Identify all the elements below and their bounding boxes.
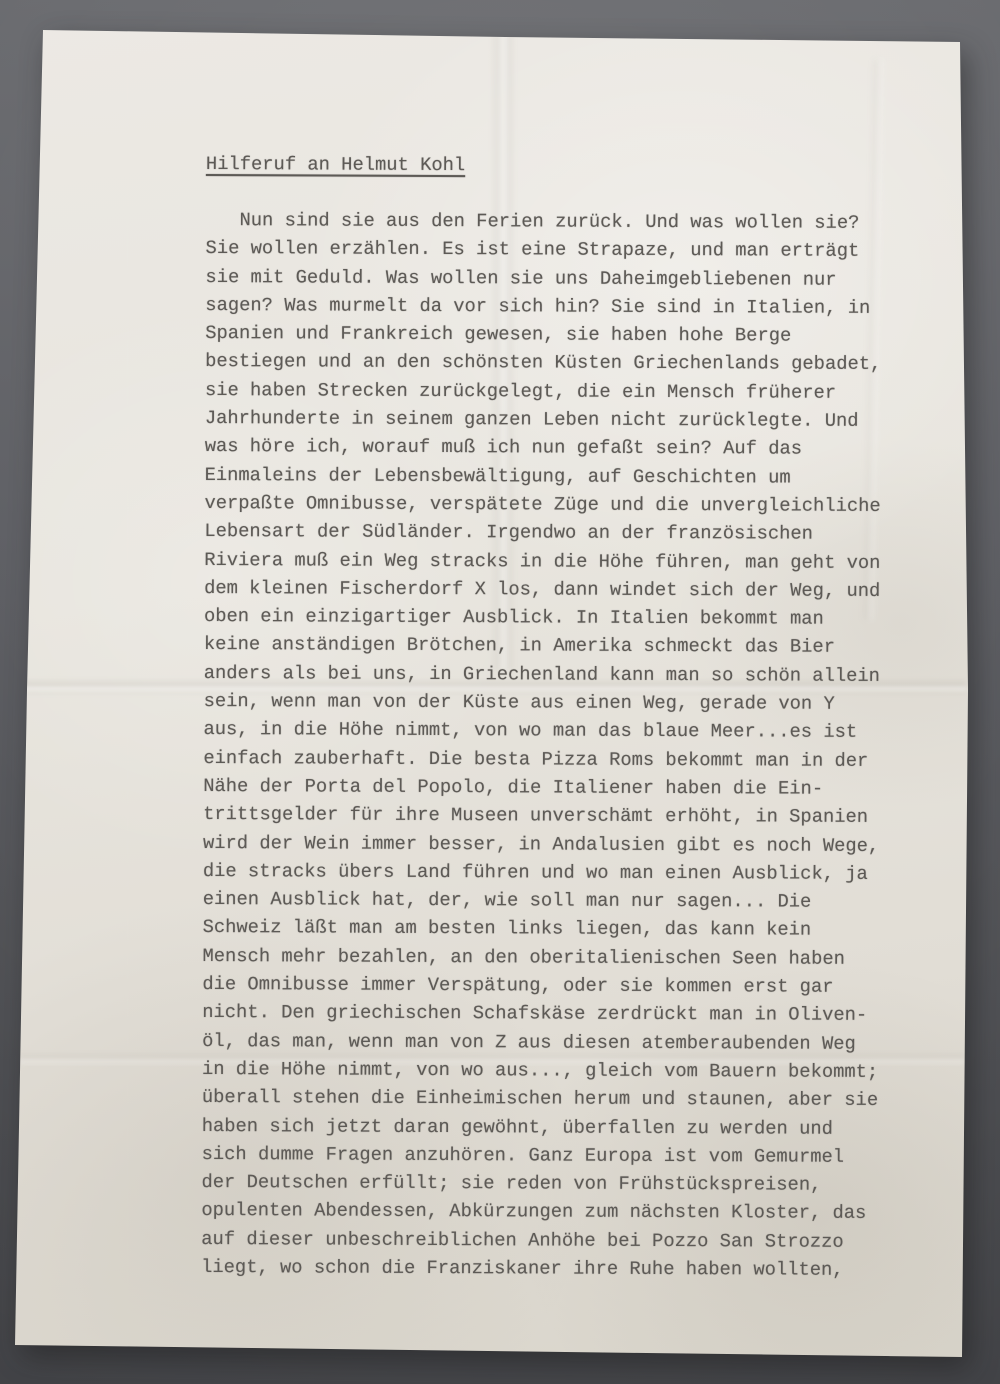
text-line: Einmaleins der Lebensbewältigung, auf Ge… bbox=[205, 461, 915, 492]
text-line: dem kleinen Fischerdorf X los, dann wind… bbox=[204, 574, 914, 605]
paper-shadow-wrap: Hilferuf an Helmut Kohl Nun sind sie aus… bbox=[0, 0, 1000, 1384]
text-line: die Omnibusse immer Verspätung, oder sie… bbox=[202, 970, 912, 1001]
text-line: überall stehen die Einheimischen herum u… bbox=[202, 1083, 912, 1114]
text-line: Mensch mehr bezahlen, an den oberitalien… bbox=[202, 942, 912, 973]
letter-content: Hilferuf an Helmut Kohl Nun sind sie aus… bbox=[201, 152, 916, 1284]
text-line: nicht. Den griechischen Schafskäse zerdr… bbox=[202, 998, 912, 1029]
text-line: sein, wenn man von der Küste aus einen W… bbox=[204, 687, 914, 718]
text-line: haben sich jetzt daran gewöhnt, überfall… bbox=[202, 1111, 912, 1142]
text-line: Spanien und Frankreich gewesen, sie habe… bbox=[205, 319, 915, 350]
text-line: Riviera muß ein Weg stracks in die Höhe … bbox=[204, 546, 914, 577]
text-line: bestiegen und an den schönsten Küsten Gr… bbox=[205, 347, 915, 378]
paper-sheet: Hilferuf an Helmut Kohl Nun sind sie aus… bbox=[0, 0, 1000, 1384]
text-line: sagen? Was murmelt da vor sich hin? Sie … bbox=[205, 291, 915, 322]
text-line: liegt, wo schon die Franziskaner ihre Ru… bbox=[201, 1253, 911, 1284]
text-line: keine anständigen Brötchen, in Amerika s… bbox=[204, 630, 914, 661]
letter-title: Hilferuf an Helmut Kohl bbox=[206, 152, 916, 180]
text-line: Nähe der Porta del Popolo, die Italiener… bbox=[203, 772, 913, 803]
text-line: oben ein einzigartiger Ausblick. In Ital… bbox=[204, 602, 914, 633]
text-line: Jahrhunderte in seinem ganzen Leben nich… bbox=[205, 404, 915, 435]
text-line: die stracks übers Land führen und wo man… bbox=[203, 857, 913, 888]
text-line: der Deutschen erfüllt; sie reden von Frü… bbox=[201, 1168, 911, 1199]
text-line: einen Ausblick hat, der, wie soll man nu… bbox=[203, 885, 913, 916]
text-line: Sie wollen erzählen. Es ist eine Strapaz… bbox=[206, 234, 916, 265]
text-line: Nun sind sie aus den Ferien zurück. Und … bbox=[206, 206, 916, 237]
text-line: aus, in die Höhe nimmt, von wo man das b… bbox=[203, 715, 913, 746]
text-line: öl, das man, wenn man von Z aus diesen a… bbox=[202, 1027, 912, 1058]
text-line: sich dumme Fragen anzuhören. Ganz Europa… bbox=[202, 1140, 912, 1171]
text-line: was höre ich, worauf muß ich nun gefaßt … bbox=[205, 432, 915, 463]
text-line: verpaßte Omnibusse, verspätete Züge und … bbox=[204, 489, 914, 520]
letter-body: Nun sind sie aus den Ferien zurück. Und … bbox=[201, 206, 916, 1284]
text-line: wird der Wein immer besser, in Andalusie… bbox=[203, 829, 913, 860]
text-line: auf dieser unbeschreiblichen Anhöhe bei … bbox=[201, 1225, 911, 1256]
text-line: Lebensart der Südländer. Irgendwo an der… bbox=[204, 517, 914, 548]
text-line: Schweiz läßt man am besten links liegen,… bbox=[203, 913, 913, 944]
text-line: trittsgelder für ihre Museen unverschämt… bbox=[203, 800, 913, 831]
text-line: in die Höhe nimmt, von wo aus..., gleich… bbox=[202, 1055, 912, 1086]
photo-background: Hilferuf an Helmut Kohl Nun sind sie aus… bbox=[0, 0, 1000, 1384]
text-line: sie mit Geduld. Was wollen sie uns Dahei… bbox=[205, 263, 915, 294]
text-line: einfach zauberhaft. Die besta Pizza Roms… bbox=[203, 744, 913, 775]
text-line: opulenten Abendessen, Abkürzungen zum nä… bbox=[201, 1196, 911, 1227]
text-line: anders als bei uns, in Griechenland kann… bbox=[204, 659, 914, 690]
text-line: sie haben Strecken zurückgelegt, die ein… bbox=[205, 376, 915, 407]
